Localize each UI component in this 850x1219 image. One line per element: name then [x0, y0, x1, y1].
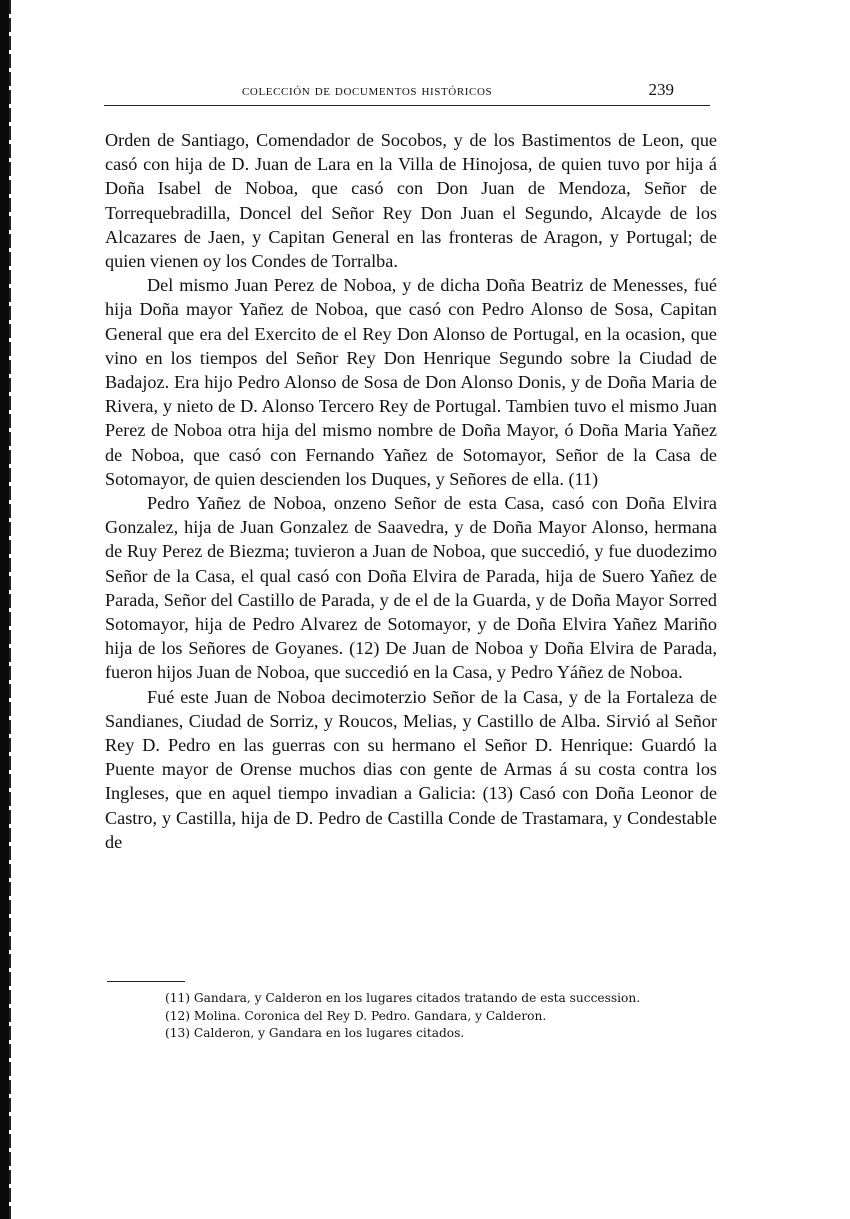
footnote-number: (11): [135, 990, 190, 1008]
header-rule: [104, 105, 710, 106]
body-text: Orden de Santiago, Comendador de Socobos…: [105, 128, 717, 854]
footnote-text: Molina. Coronica del Rey D. Pedro. Ganda…: [194, 1009, 546, 1023]
paragraph: Pedro Yañez de Noboa, onzeno Señor de es…: [105, 491, 717, 685]
footnote-rule: [107, 981, 185, 982]
running-title: COLECCIÓN DE DOCUMENTOS HISTÓRICOS: [242, 83, 492, 100]
footnote-number: (13): [135, 1025, 190, 1043]
footnote-12: (12) Molina. Coronica del Rey D. Pedro. …: [105, 1008, 695, 1026]
page-header: COLECCIÓN DE DOCUMENTOS HISTÓRICOS 239: [104, 78, 710, 102]
footnotes: (11) Gandara, y Calderon en los lugares …: [105, 990, 695, 1043]
footnote-text: Gandara, y Calderon en los lugares citad…: [194, 991, 640, 1005]
page-number: 239: [649, 80, 675, 100]
footnote-number: (12): [135, 1008, 190, 1026]
book-binding-shadow: [9, 0, 11, 1219]
paragraph-continuation: Orden de Santiago, Comendador de Socobos…: [105, 128, 717, 273]
footnote-13: (13) Calderon, y Gandara en los lugares …: [105, 1025, 695, 1043]
book-binding-edge: [0, 0, 9, 1219]
footnote-11: (11) Gandara, y Calderon en los lugares …: [105, 990, 695, 1008]
paragraph: Del mismo Juan Perez de Noboa, y de dich…: [105, 273, 717, 491]
paragraph: Fué este Juan de Noboa decimoterzio Seño…: [105, 685, 717, 854]
footnote-text: Calderon, y Gandara en los lugares citad…: [194, 1026, 464, 1040]
